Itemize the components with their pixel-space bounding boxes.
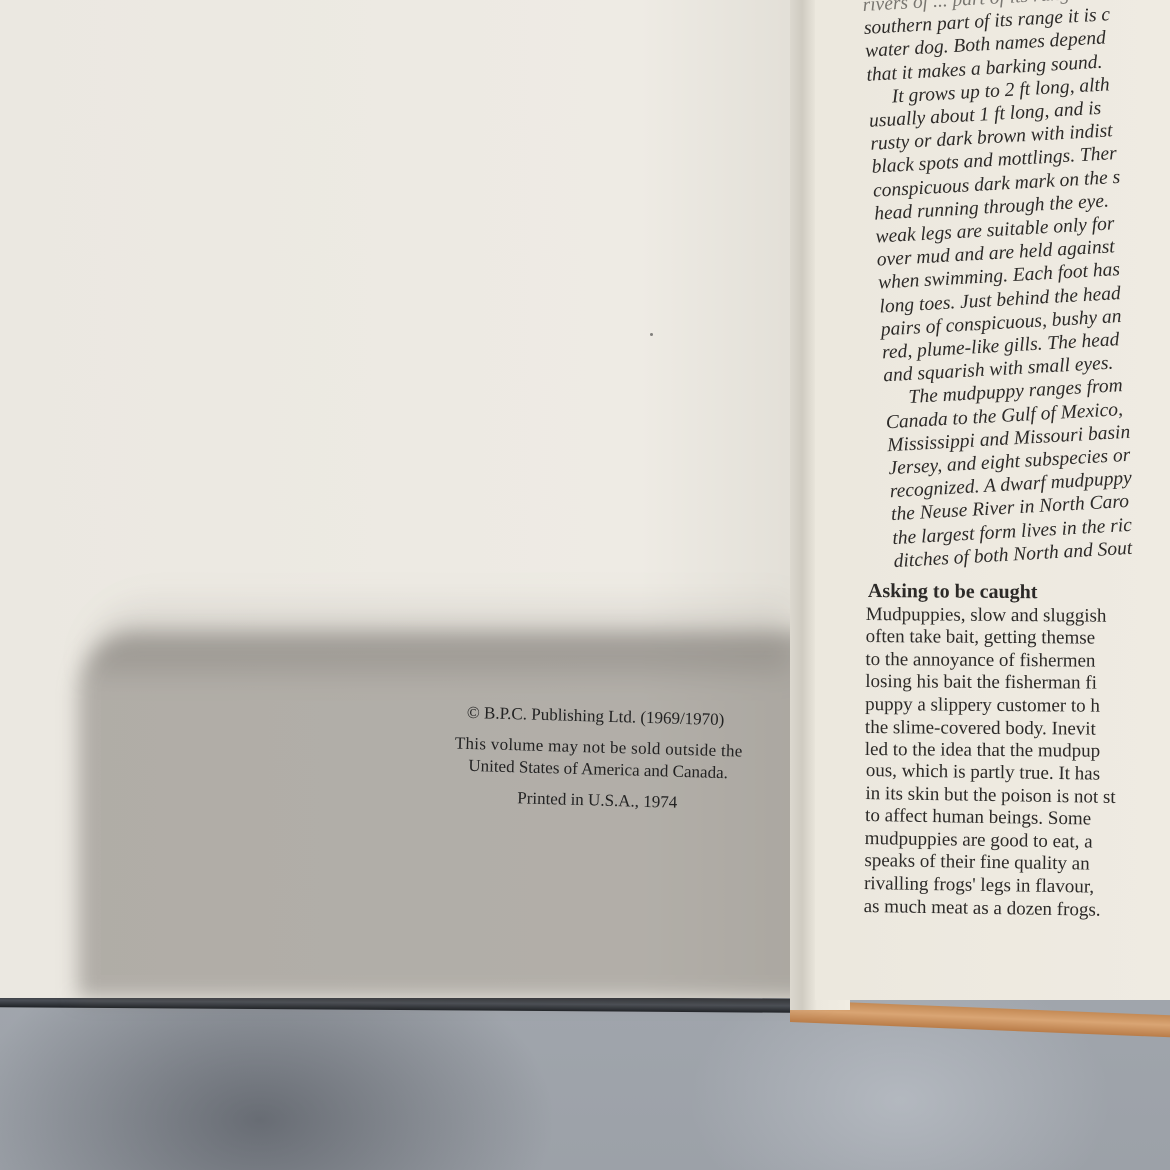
text-line: Mudpuppies, slow and sluggish [866,604,1170,629]
text-line: puppy a slippery customer to h [865,694,1170,719]
section-heading: Asking to be caught [868,580,1170,605]
copyright-imprint: © B.P.C. Publishing Ltd. (1969/1970) Thi… [397,700,800,816]
article-section-asking-to-be-caught: Asking to be caught Mudpuppies, slow and… [865,580,1170,764]
paper-speck [650,333,653,336]
text-line: often take bait, getting themse [866,626,1170,651]
article-section-continued: ous, which is partly true. It has in its… [864,760,1170,923]
text-line: to the annoyance of fishermen [865,649,1170,674]
text-line: the slime-covered body. Inevit [865,717,1170,742]
article-italic-column: rivers of ... part of its range it is so… [862,0,1170,573]
photo-shadow [78,632,818,998]
text-line: losing his bait the fisherman fi [865,671,1170,696]
